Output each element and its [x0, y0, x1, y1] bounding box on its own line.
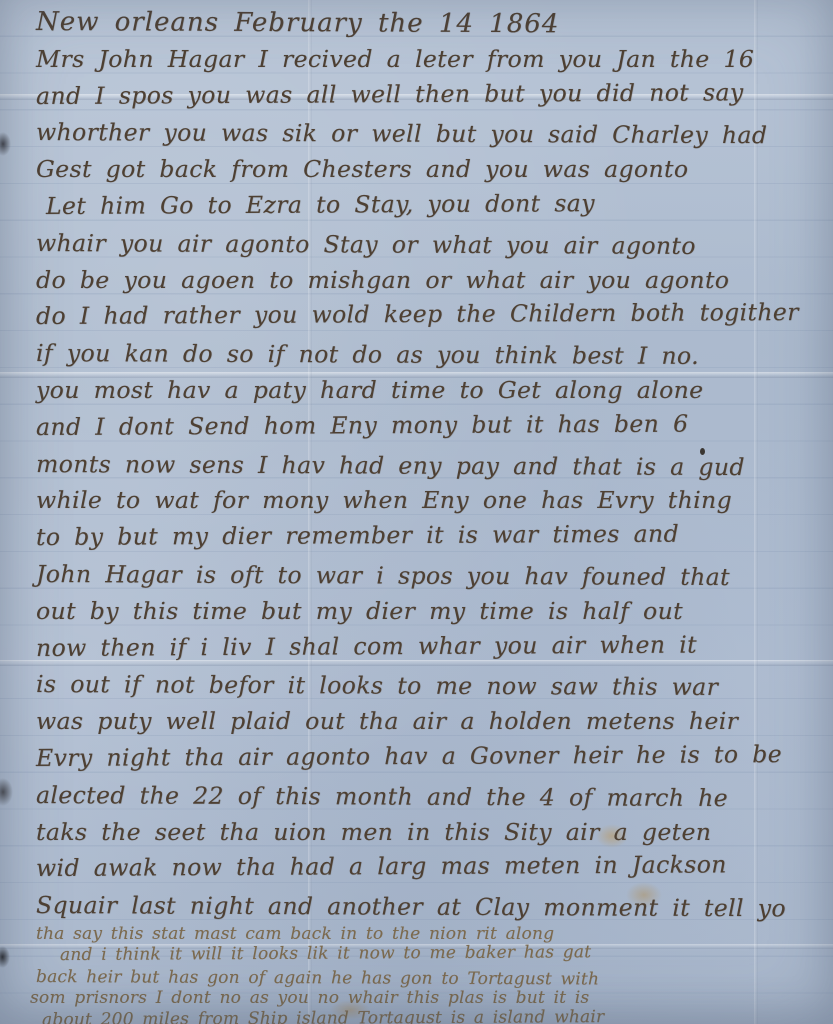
letter-line: New orleans February the 14 1864 [36, 4, 831, 44]
edge-stain-spot [0, 132, 11, 156]
edge-stain-spot [0, 778, 13, 806]
letter-line: Let him Go to Ezra to Stay, you dont say [46, 184, 831, 225]
letter-line: Mrs John Hagar I recived a leter from yo… [36, 41, 831, 78]
letter-line: if you kan do so if not do as you think … [36, 335, 831, 375]
letter-body: New orleans February the 14 1864Mrs John… [36, 4, 831, 1024]
letter-line: John Hagar is oft to war i spos you hav … [36, 556, 831, 596]
letter-line: you most hav a paty hard time to Get alo… [36, 372, 831, 409]
letter-line: back heir but has gon of again he has go… [36, 967, 831, 992]
letter-line: and I spos you was all well then but you… [36, 73, 831, 114]
letter-line: about 200 miles from Ship island Tortagu… [42, 1006, 831, 1024]
letter-line: was puty well plaid out tha air a holden… [36, 703, 831, 740]
letter-line: alected the 22 of this month and the 4 o… [36, 777, 831, 817]
letter-line: Evry night tha air agonto hav a Govner h… [36, 736, 831, 777]
letter-line: monts now sens I hav had eny pay and tha… [36, 446, 831, 486]
letter-line: wid awak now tha had a larg mas meten in… [36, 846, 831, 887]
letter-line: now then if i liv I shal com whar you ai… [36, 625, 831, 666]
letter-line: is out if not befor it looks to me now s… [36, 666, 831, 706]
letter-line: to by but my dier remember it is war tim… [36, 515, 831, 556]
letter-line: taks the seet tha uion men in this Sity … [36, 814, 831, 851]
letter-line: out by this time but my dier my time is … [36, 593, 831, 630]
letter-page: New orleans February the 14 1864Mrs John… [0, 0, 833, 1024]
letter-line: and I dont Send hom Eny mony but it has … [36, 405, 831, 446]
edge-tear-spot [0, 946, 10, 968]
letter-line: Squair last night and another at Clay mo… [36, 887, 831, 927]
letter-line: whorther you was sik or well but you sai… [36, 114, 831, 154]
letter-line: Gest got back from Chesters and you was … [36, 151, 831, 188]
letter-line: and i think it will it looks lik it now … [60, 941, 831, 967]
letter-line: while to wat for mony when Eny one has E… [36, 482, 831, 519]
letter-line: do be you agoen to mishgan or what air y… [36, 262, 831, 299]
letter-line: whair you air agonto Stay or what you ai… [36, 225, 831, 265]
letter-line: do I had rather you wold keep the Childe… [36, 294, 831, 335]
